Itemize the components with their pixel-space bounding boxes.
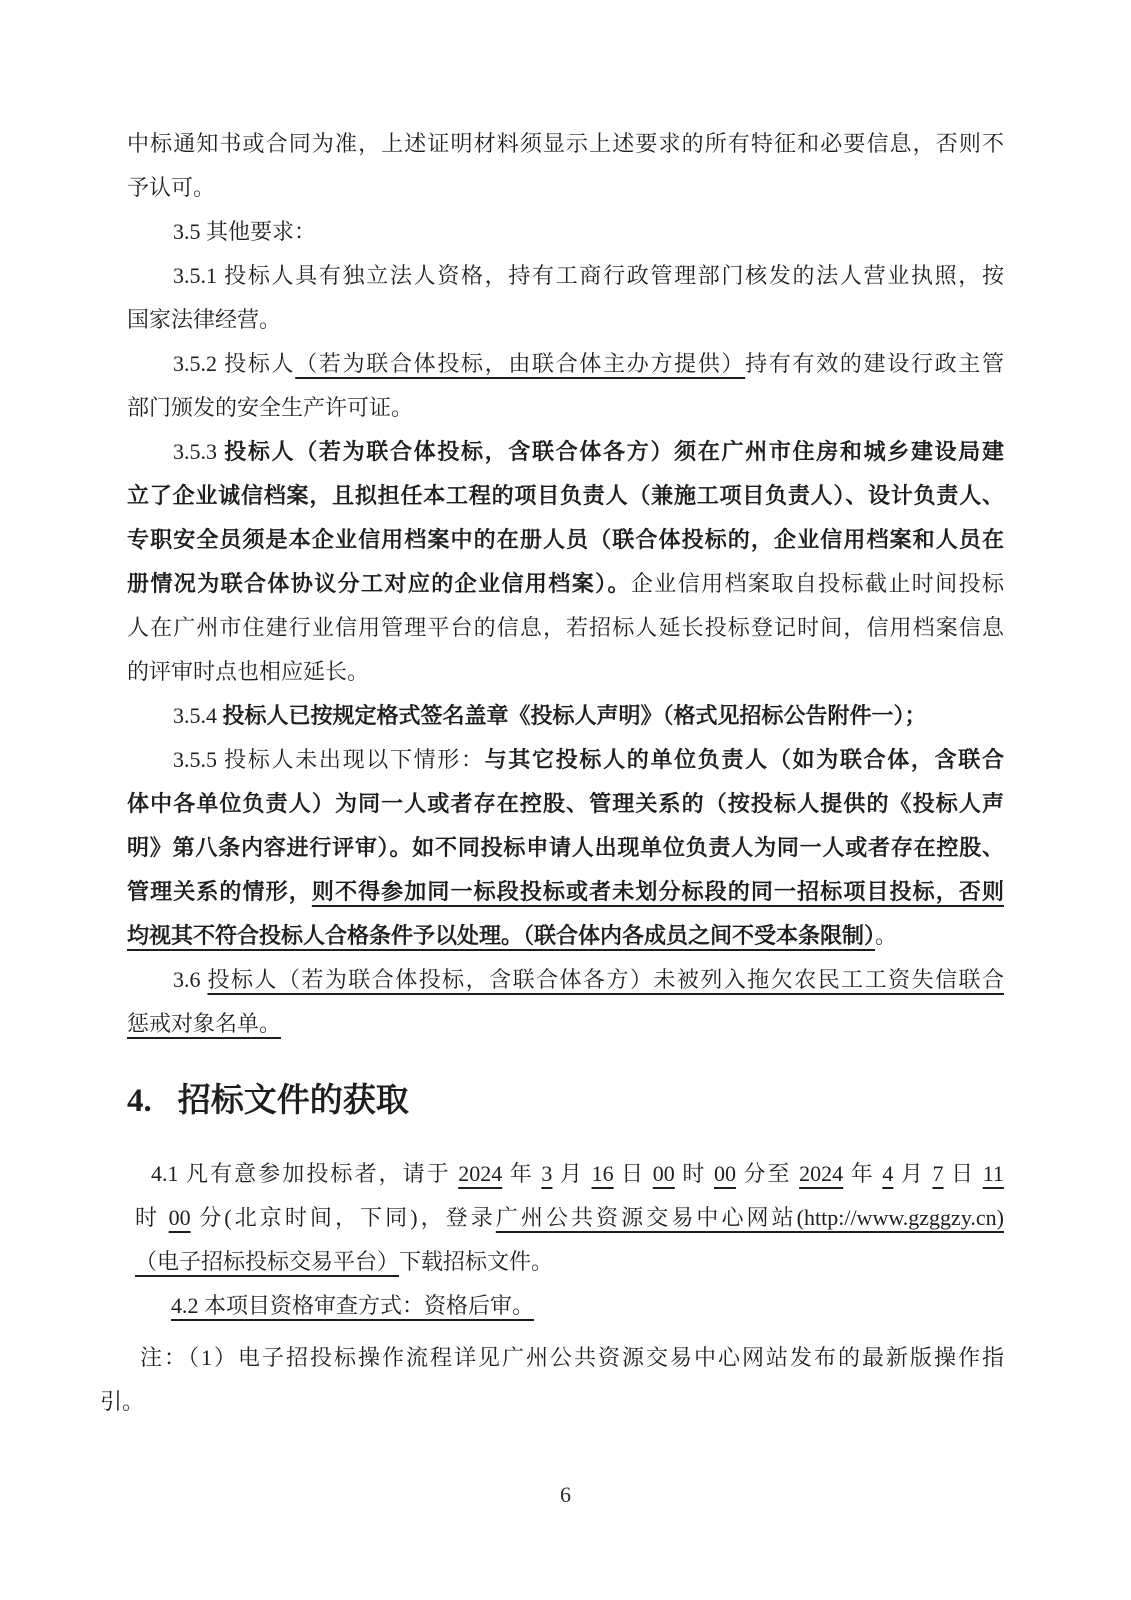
text-line: 部门颁发的安全生产许可证。 bbox=[127, 386, 1004, 430]
text-line: 管理关系的情形，则不得参加同一标段投标或者未划分标段的同一招标项目投标，否则 bbox=[127, 870, 1004, 914]
doc-content: 中标通知书或合同为准，上述证明材料须显示上述要求的所有特征和必要信息，否则不予认… bbox=[0, 0, 1131, 1424]
text-run: 国家法律经营。 bbox=[127, 307, 281, 332]
para-intro: 中标通知书或合同为准，上述证明材料须显示上述要求的所有特征和必要信息，否则不予认… bbox=[127, 122, 1004, 210]
text-run: 日 bbox=[944, 1161, 983, 1186]
section-heading-4: 4.招标文件的获取 bbox=[127, 1076, 1004, 1126]
para-3-5: 3.5 其他要求： bbox=[127, 210, 1004, 254]
text-line: 4.1 凡有意参加投标者，请于 2024 年 3 月 16 日 00 时 00 … bbox=[127, 1152, 1004, 1196]
text-run: 专职安全员须是本企业信用档案中的在册人员（联合体投标的，企业信用档案和人员在 bbox=[127, 527, 1004, 552]
underlined-text-run: 2024 bbox=[799, 1161, 843, 1186]
text-line: 3.5 其他要求： bbox=[127, 210, 1004, 254]
underlined-text-run: 广州公共资源交易中心网站(http://www.gzggzy.cn) bbox=[496, 1205, 1004, 1230]
para-3-5-5: 3.5.5 投标人未出现以下情形：与其它投标人的单位负责人（如为联合体，含联合体… bbox=[127, 738, 1004, 958]
page-number: 6 bbox=[560, 1482, 571, 1507]
para-3-6: 3.6 投标人（若为联合体投标，含联合体各方）未被列入拖欠农民工工资失信联合惩戒… bbox=[127, 958, 1004, 1046]
text-line: （电子招标投标交易平台）下载招标文件。 bbox=[127, 1240, 1004, 1284]
underlined-text-run: 4 bbox=[882, 1161, 893, 1186]
text-run: 时 bbox=[675, 1161, 714, 1186]
underlined-text-run: 11 bbox=[983, 1161, 1004, 1186]
text-line: 惩戒对象名单。 bbox=[127, 1002, 1004, 1046]
underlined-text-run: 7 bbox=[933, 1161, 944, 1186]
text-line: 3.6 投标人（若为联合体投标，含联合体各方）未被列入拖欠农民工工资失信联合 bbox=[127, 958, 1004, 1002]
text-line: 明》第八条内容进行评审）。如不同投标申请人出现单位负责人为同一人或者存在控股、 bbox=[127, 826, 1004, 870]
para-3-5-1: 3.5.1 投标人具有独立法人资格，持有工商行政管理部门核发的法人营业执照，按国… bbox=[127, 254, 1004, 342]
text-run: 引。 bbox=[100, 1389, 144, 1414]
text-line: 引。 bbox=[100, 1380, 1004, 1424]
text-run: 管理关系的情形， bbox=[127, 879, 312, 904]
text-line: 的评审时点也相应延长。 bbox=[127, 650, 1004, 694]
text-run: 分至 bbox=[736, 1161, 799, 1186]
text-line: 专职安全员须是本企业信用档案中的在册人员（联合体投标的，企业信用档案和人员在 bbox=[127, 518, 1004, 562]
text-run: 3.5.2 投标人 bbox=[173, 351, 295, 376]
text-run: 4.1 凡有意参加投标者，请于 bbox=[151, 1161, 458, 1186]
text-line: 3.5.5 投标人未出现以下情形：与其它投标人的单位负责人（如为联合体，含联合 bbox=[127, 738, 1004, 782]
para-4-1: 4.1 凡有意参加投标者，请于 2024 年 3 月 16 日 00 时 00 … bbox=[127, 1152, 1004, 1284]
text-line: 人在广州市住建行业信用管理平台的信息，若招标人延长投标登记时间，信用档案信息 bbox=[127, 606, 1004, 650]
text-run: 注：（1）电子招投标操作流程详见广州公共资源交易中心网站发布的最新版操作指 bbox=[140, 1345, 1004, 1370]
text-line: 立了企业诚信档案，且拟担任本工程的项目负责人（兼施工项目负责人）、设计负责人、 bbox=[127, 474, 1004, 518]
text-line: 中标通知书或合同为准，上述证明材料须显示上述要求的所有特征和必要信息，否则不 bbox=[127, 122, 1004, 166]
text-run: 分(北京时间，下同)，登录 bbox=[191, 1205, 496, 1230]
text-line: 册情况为联合体协议分工对应的企业信用档案）。企业信用档案取自投标截止时间投标 bbox=[127, 562, 1004, 606]
text-run: 3.5.3 bbox=[173, 439, 224, 464]
para-4-2: 4.2 本项目资格审查方式：资格后审。 bbox=[127, 1284, 1004, 1328]
text-line: 4.招标文件的获取 bbox=[127, 1076, 1004, 1126]
text-run: 予认可。 bbox=[127, 175, 215, 200]
text-run: 月 bbox=[552, 1161, 591, 1186]
para-3-5-3: 3.5.3 投标人（若为联合体投标，含联合体各方）须在广州市住房和城乡建设局建立… bbox=[127, 430, 1004, 694]
text-run: 3.5.5 投标人未出现以下情形： bbox=[173, 747, 485, 772]
para-3-5-2: 3.5.2 投标人（若为联合体投标，由联合体主办方提供）持有有效的建设行政主管部… bbox=[127, 342, 1004, 430]
underlined-text-run: 00 bbox=[653, 1161, 675, 1186]
text-run: 企业信用档案取自投标截止时间投标 bbox=[631, 571, 1004, 596]
text-line: 均视其不符合投标人合格条件予以处理。（联合体内各成员之间不受本条限制）。 bbox=[127, 914, 1004, 958]
underlined-text-run: 2024 bbox=[458, 1161, 502, 1186]
text-run: 体中各单位负责人）为同一人或者存在控股、管理关系的（按投标人提供的《投标人声 bbox=[127, 791, 1004, 816]
para-3-5-4: 3.5.4 投标人已按规定格式签名盖章《投标人声明》（格式见招标公告附件一）； bbox=[127, 694, 1004, 738]
text-run: 3.5 其他要求： bbox=[173, 219, 316, 244]
text-run: 3.6 bbox=[173, 967, 207, 992]
text-run: 投标人（若为联合体投标，含联合体各方）须在广州市住房和城乡建设局建 bbox=[224, 439, 1004, 464]
text-run: 年 bbox=[843, 1161, 882, 1186]
text-run: 的评审时点也相应延长。 bbox=[127, 659, 369, 684]
underlined-text-run: 3 bbox=[541, 1161, 552, 1186]
document-page: 中标通知书或合同为准，上述证明材料须显示上述要求的所有特征和必要信息，否则不予认… bbox=[0, 0, 1131, 1600]
underlined-text-run: 均视其不符合投标人合格条件予以处理。（联合体内各成员之间不受本条限制） bbox=[127, 923, 875, 948]
text-run: 与其它投标人的单位负责人（如为联合体，含联合 bbox=[485, 747, 1004, 772]
text-run: 投标人已按规定格式签名盖章《投标人声明》（格式见招标公告附件一）； bbox=[223, 703, 927, 728]
text-run: 招标文件的获取 bbox=[178, 1083, 409, 1119]
text-run: 4. bbox=[127, 1083, 152, 1119]
underlined-text-run: 投标人（若为联合体投标，含联合体各方）未被列入拖欠农民工工资失信联合 bbox=[207, 967, 1004, 992]
text-run: 月 bbox=[893, 1161, 932, 1186]
text-line: 体中各单位负责人）为同一人或者存在控股、管理关系的（按投标人提供的《投标人声 bbox=[127, 782, 1004, 826]
underlined-text-run: 则不得参加同一标段投标或者未划分标段的同一招标项目投标，否则 bbox=[312, 879, 1004, 904]
text-run: 时 bbox=[135, 1205, 169, 1230]
text-run: 3.5.1 投标人具有独立法人资格，持有工商行政管理部门核发的法人营业执照，按 bbox=[173, 263, 1004, 288]
page-footer: 6 bbox=[0, 1480, 1131, 1510]
text-run: 人在广州市住建行业信用管理平台的信息，若招标人延长投标登记时间，信用档案信息 bbox=[127, 615, 1004, 640]
text-run: 下载招标文件。 bbox=[399, 1249, 553, 1274]
text-run: 立了企业诚信档案，且拟担任本工程的项目负责人（兼施工项目负责人）、设计负责人、 bbox=[127, 483, 1004, 508]
underlined-text-run: 16 bbox=[592, 1161, 614, 1186]
underlined-text-run: （电子招标投标交易平台） bbox=[135, 1249, 399, 1274]
text-run: 持有有效的建设行政主管 bbox=[745, 351, 1004, 376]
text-line: 3.5.4 投标人已按规定格式签名盖章《投标人声明》（格式见招标公告附件一）； bbox=[127, 694, 1004, 738]
text-run: 明》第八条内容进行评审）。如不同投标申请人出现单位负责人为同一人或者存在控股、 bbox=[127, 835, 1004, 860]
text-run: 册情况为联合体协议分工对应的企业信用档案）。 bbox=[127, 571, 631, 596]
text-line: 3.5.3 投标人（若为联合体投标，含联合体各方）须在广州市住房和城乡建设局建 bbox=[127, 430, 1004, 474]
text-run: 。 bbox=[875, 923, 897, 948]
text-line: 时 00 分(北京时间，下同)，登录广州公共资源交易中心网站(http://ww… bbox=[127, 1196, 1004, 1240]
underlined-text-run: 00 bbox=[714, 1161, 736, 1186]
underlined-text-run: （若为联合体投标，由联合体主办方提供） bbox=[295, 351, 745, 376]
text-line: 国家法律经营。 bbox=[127, 298, 1004, 342]
text-line: 3.5.1 投标人具有独立法人资格，持有工商行政管理部门核发的法人营业执照，按 bbox=[127, 254, 1004, 298]
text-line: 3.5.2 投标人（若为联合体投标，由联合体主办方提供）持有有效的建设行政主管 bbox=[127, 342, 1004, 386]
text-run: 中标通知书或合同为准，上述证明材料须显示上述要求的所有特征和必要信息，否则不 bbox=[127, 131, 1004, 156]
underlined-text-run: 4.2 本项目资格审查方式：资格后审。 bbox=[171, 1293, 534, 1318]
text-line: 注：（1）电子招投标操作流程详见广州公共资源交易中心网站发布的最新版操作指 bbox=[100, 1336, 1004, 1380]
text-run: 日 bbox=[614, 1161, 653, 1186]
text-run: 部门颁发的安全生产许可证。 bbox=[127, 395, 413, 420]
text-run: 年 bbox=[502, 1161, 541, 1186]
underlined-text-run: 惩戒对象名单。 bbox=[127, 1011, 281, 1036]
text-run: 3.5.4 bbox=[173, 703, 223, 728]
text-line: 予认可。 bbox=[127, 166, 1004, 210]
text-line: 4.2 本项目资格审查方式：资格后审。 bbox=[127, 1284, 1004, 1328]
para-note: 注：（1）电子招投标操作流程详见广州公共资源交易中心网站发布的最新版操作指引。 bbox=[100, 1336, 1004, 1424]
underlined-text-run: 00 bbox=[169, 1205, 191, 1230]
